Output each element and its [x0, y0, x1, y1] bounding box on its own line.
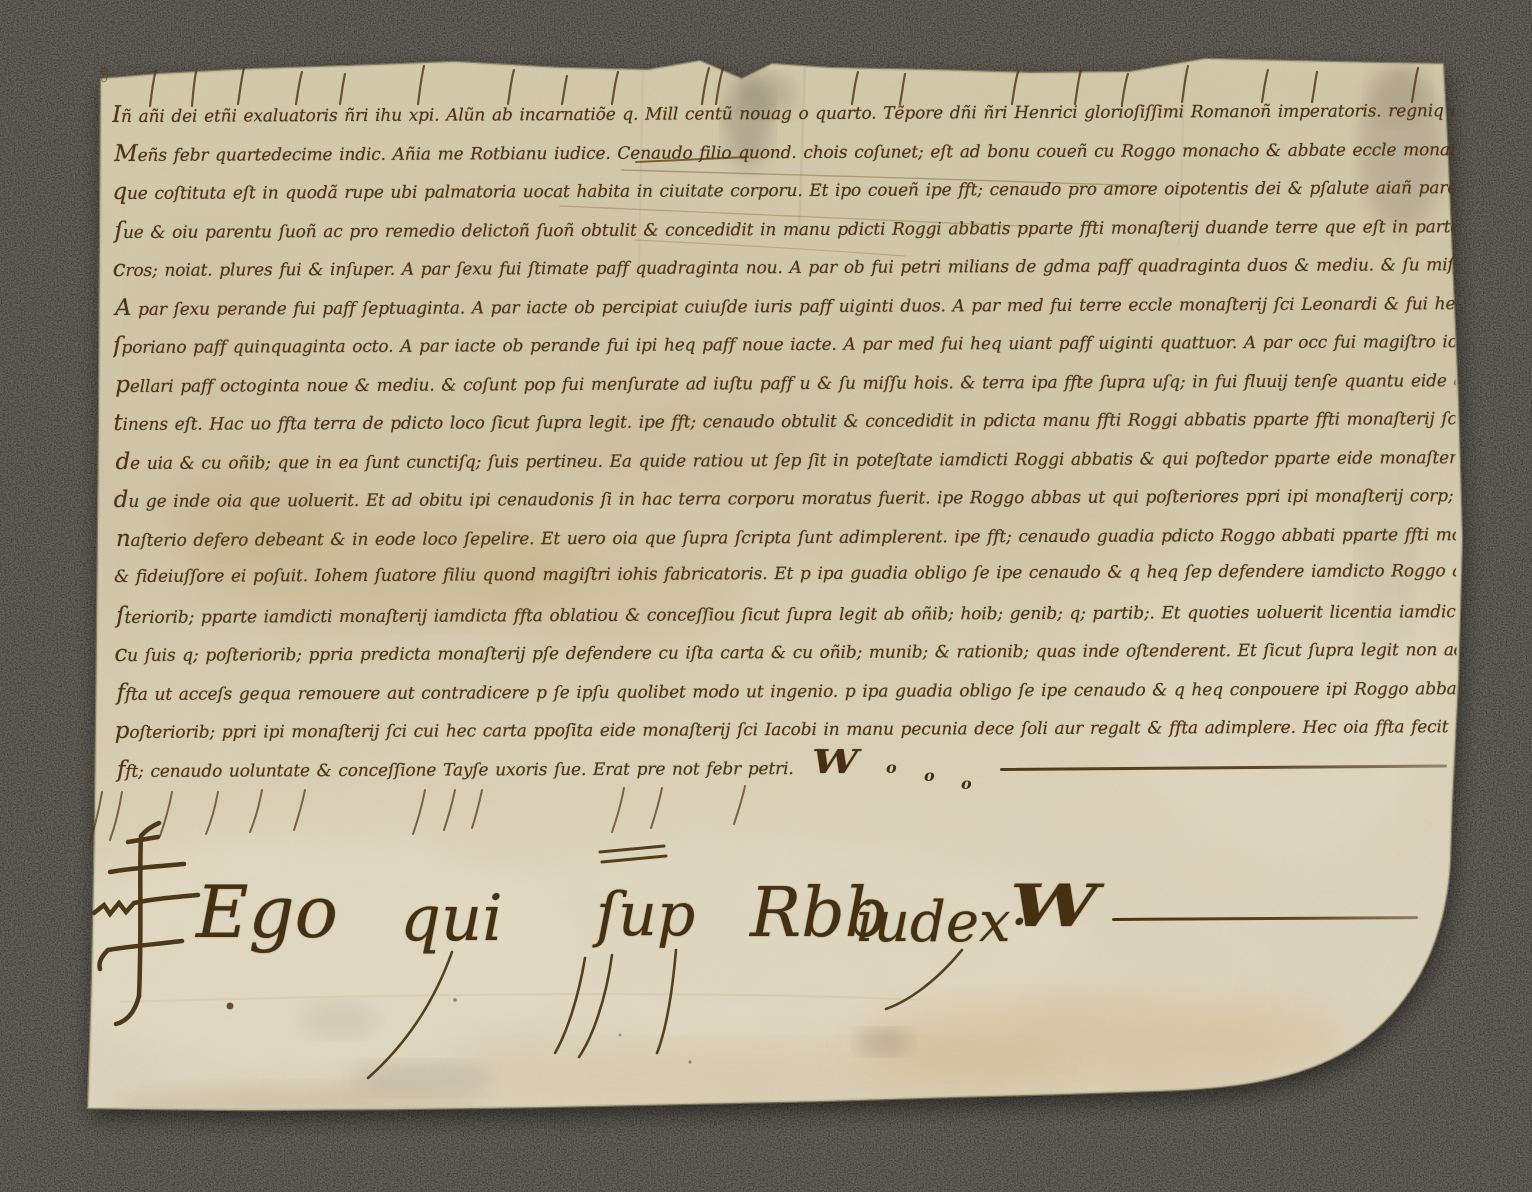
text-line: tinens eſt. Hac uo ffta terra de pdicto … [113, 398, 1455, 442]
signature-monogram: W [1010, 872, 1098, 940]
text-line: ſteriorib; pparte iamdicti monaſterij ia… [114, 591, 1456, 635]
ring-mark: o [924, 766, 935, 785]
text-line: Iñ añi dei etñi exaluatoris ñri ihu xpi.… [112, 90, 1454, 134]
ring-mark: o [961, 774, 972, 793]
text-line: & fideiuſſore ei poſuit. Iohem ſuatore f… [114, 552, 1456, 596]
text-line: poſteriorib; ppri ipi monaſterij ſci cui… [115, 706, 1457, 750]
text-line: pellari paff octoginta noue & mediu. & c… [113, 360, 1455, 404]
signature-word: ſup [596, 880, 695, 950]
text-line: du ge inde oia que uoluerit. Et ad obitu… [114, 475, 1456, 519]
photo-stage: Iñ añi dei etñi exaluatoris ñri ihu xpi.… [0, 0, 1532, 1192]
signature-word: Ego [196, 870, 338, 954]
text-line: A par ſexu perande fui paff ſeptuaginta.… [113, 283, 1455, 327]
text-line: naſterio defero debeant & in eode loco ſ… [114, 514, 1456, 558]
ring-mark: o [886, 758, 897, 777]
text-line: ſporiano paff quinquaginta octo. A par i… [113, 321, 1455, 365]
text-line: cu ſuis q; poſteriorib; ppria predicta m… [114, 629, 1456, 673]
signature-word: qui [400, 882, 503, 956]
text-line: de uia & cu oñib; que in ea ſunt cunctiſ… [114, 437, 1456, 481]
text-line: ſue & oiu parentu ſuoñ ac pro remedio de… [113, 206, 1455, 250]
signature-word: iudex· [856, 890, 1028, 955]
end-monogram: W [812, 742, 858, 781]
charter-text-block: Iñ añi dei etñi exaluatoris ñri ihu xpi.… [112, 90, 1457, 789]
text-line: cros; noiat. plures fui & inſuper. A par… [113, 244, 1455, 288]
text-line: ffta ut acceſs gequa remouere aut contra… [115, 668, 1457, 712]
text-line: Meñs febr quartedecime indic. Añia me Ro… [112, 129, 1454, 173]
text-line: que coſtituta eſt in quodã rupe ubi palm… [112, 167, 1454, 211]
